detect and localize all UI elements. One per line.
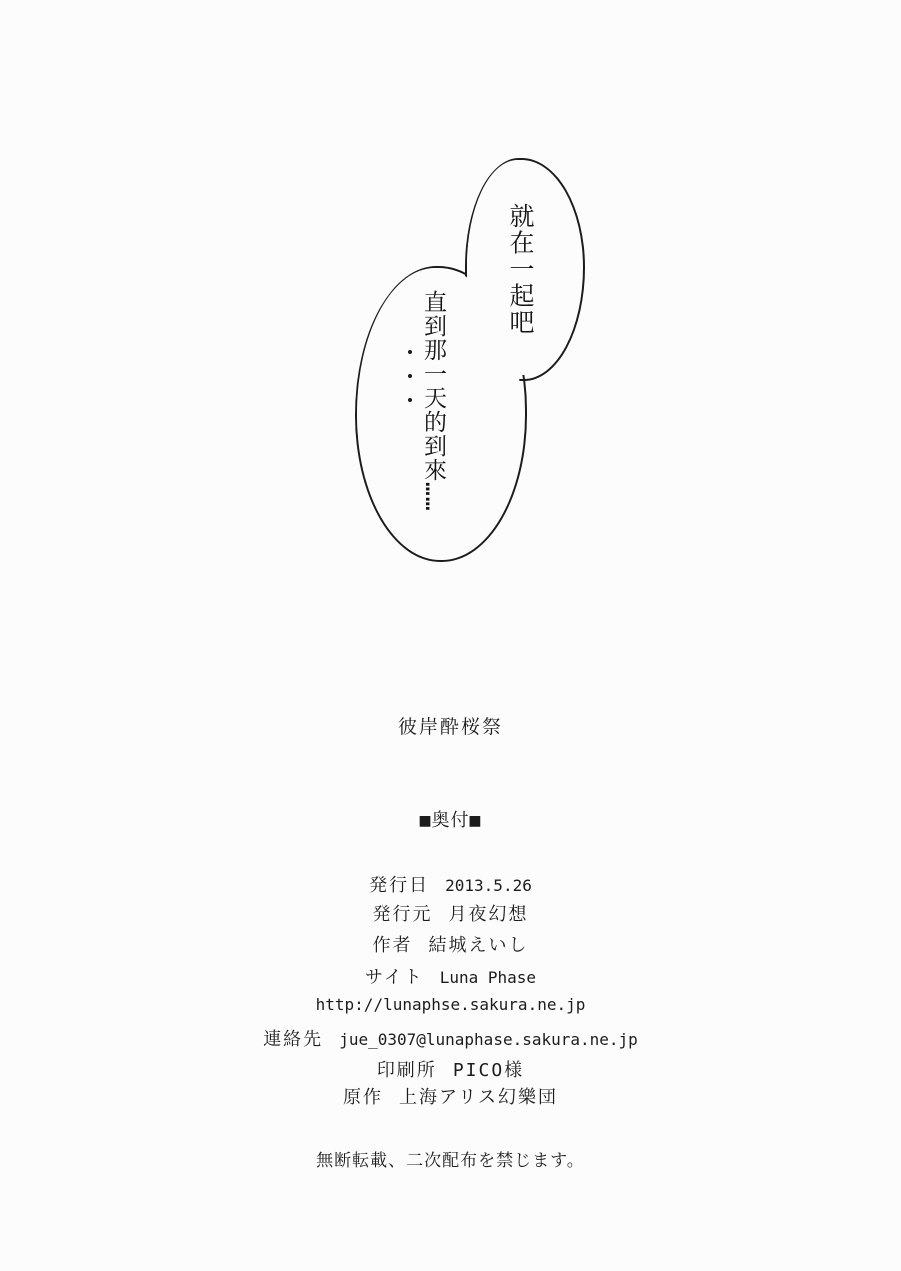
colophon-label: 発行元 [373, 900, 433, 926]
colophon-row-printer: 印刷所 PICO様 [0, 1056, 901, 1082]
emphasis-dot [408, 398, 412, 402]
colophon-row-site-url: http://lunaphse.sakura.ne.jp [0, 995, 901, 1014]
colophon-label: 原作 [343, 1083, 383, 1109]
colophon-row-publish-date: 発行日 2013.5.26 [0, 871, 901, 897]
contact-email: jue_0307@lunaphase.sakura.ne.jp [339, 1030, 638, 1049]
reprint-notice: 無断転載、二次配布を禁じます。 [0, 1146, 901, 1171]
colophon-label: 印刷所 [377, 1056, 437, 1082]
colophon-row-original-work: 原作 上海アリス幻樂団 [0, 1083, 901, 1109]
colophon-label: 連絡先 [263, 1025, 323, 1051]
emphasis-dot [408, 374, 412, 378]
colophon-label: サイト [365, 963, 424, 989]
manga-colophon-page: 就在一起吧 直到那一天的到來…… 彼岸酔桜祭 ■奥付■ 発行日 2013.5.2… [0, 0, 901, 1271]
colophon-value: Luna Phase [440, 968, 536, 987]
colophon-row-author: 作者 結城えいし [0, 931, 901, 957]
colophon-label: 作者 [373, 931, 413, 957]
colophon-value: 結城えいし [429, 931, 529, 957]
site-url: http://lunaphse.sakura.ne.jp [316, 995, 586, 1014]
colophon-value: 上海アリス幻樂団 [399, 1083, 558, 1109]
emphasis-dots [408, 350, 412, 402]
colophon-row-publisher: 発行元 月夜幻想 [0, 900, 901, 926]
emphasis-dot [408, 350, 412, 354]
colophon-value: 月夜幻想 [449, 900, 529, 926]
bubble-left-text: 直到那一天的到來…… [418, 290, 448, 512]
doujin-title: 彼岸酔桜祭 [0, 712, 901, 739]
bubble-right-text: 就在一起吧 [505, 203, 536, 336]
colophon-heading: ■奥付■ [0, 806, 901, 832]
colophon-value: 2013.5.26 [445, 876, 532, 895]
colophon-value: PICO様 [453, 1056, 524, 1082]
colophon-label: 発行日 [369, 871, 429, 897]
colophon-row-site: サイト Luna Phase [0, 963, 901, 989]
colophon-row-contact: 連絡先 jue_0307@lunaphase.sakura.ne.jp [0, 1025, 901, 1051]
